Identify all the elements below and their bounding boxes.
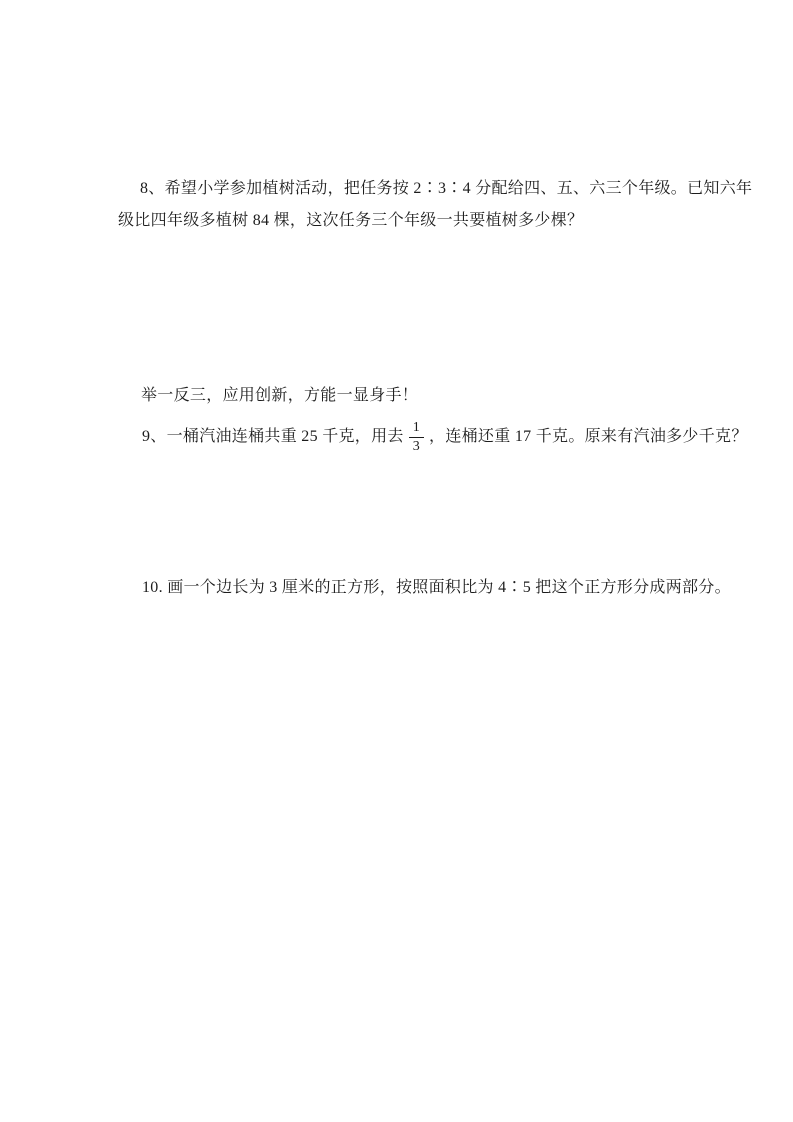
worksheet-page: 8、希望小学参加植树活动，把任务按 2∶3∶4 分配给四、五、六三个年级。已知六… (0, 0, 793, 1122)
question-9-prefix: 9、一桶汽油连桶共重 25 千克，用去 (142, 426, 404, 448)
question-9-line: 9、一桶汽油连桶共重 25 千克，用去 1 3 ，连桶还重 17 千克。原来有汽… (142, 415, 748, 459)
question-8-line-1: 8、希望小学参加植树活动，把任务按 2∶3∶4 分配给四、五、六三个年级。已知六… (140, 178, 752, 200)
fraction-denominator: 3 (413, 438, 420, 454)
question-10-line: 10. 画一个边长为 3 厘米的正方形，按照面积比为 4∶5 把这个正方形分成两… (142, 577, 731, 599)
section-header: 举一反三，应用创新，方能一显身手！ (141, 385, 418, 407)
question-8-line-2: 级比四年级多植树 84 棵，这次任务三个年级一共要植树多少棵？ (118, 210, 583, 232)
fraction-one-third: 1 3 (409, 421, 424, 454)
question-9-suffix: ，连桶还重 17 千克。原来有汽油多少千克？ (429, 426, 748, 448)
fraction-numerator: 1 (409, 421, 424, 438)
